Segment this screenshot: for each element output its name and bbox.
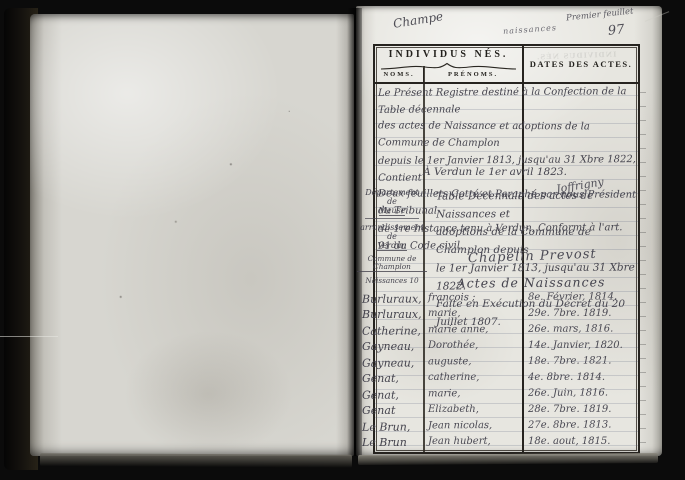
certification-line: Le Présent Registre destiné à la Confect… bbox=[378, 83, 636, 119]
record-row: Gayneau, Dorothée, 14e. Janvier, 1820. bbox=[356, 340, 650, 356]
page-block-edge-left bbox=[40, 453, 352, 468]
record-prenom: marie anne, bbox=[428, 324, 489, 335]
arrondissement-name: Verdun bbox=[377, 242, 406, 251]
individus-nes-label: INDIVIDUS NÉS. bbox=[375, 49, 522, 60]
naissances-count: Naissances 10 bbox=[357, 276, 427, 285]
page-number: 97 bbox=[607, 22, 625, 39]
record-date: 26e. Juin, 1816. bbox=[528, 387, 608, 398]
column-header-prenoms: PRÉNOMS. bbox=[424, 68, 522, 82]
record-prenom: Dorothée, bbox=[428, 340, 478, 351]
certification-dateline: À Verdun le 1er avril 1823. bbox=[420, 166, 570, 178]
record-nom: Gayneau, bbox=[362, 340, 414, 353]
margin-admin-block: Département de Meuse arrondissement de V… bbox=[357, 188, 427, 285]
record-nom: Le Brun, bbox=[362, 420, 410, 433]
record-date: 18e. aout, 1815. bbox=[528, 436, 610, 447]
record-row: Genat, marie, 26e. Juin, 1816. bbox=[356, 387, 650, 405]
record-row: Genat Elizabeth, 28e. 7bre. 1819. bbox=[356, 404, 650, 420]
record-date: 26e. mars, 1816. bbox=[528, 323, 613, 334]
subheader-row: NOMS. PRÉNOMS. bbox=[375, 68, 522, 82]
record-nom: Genat, bbox=[362, 389, 399, 402]
record-row: Burluraux, françois ; 8e. Février, 1814. bbox=[356, 291, 650, 309]
record-date: 28e. 7bre. 1819. bbox=[528, 404, 611, 415]
commune-name: Commune de Champlon bbox=[357, 255, 427, 272]
record-row: Gayneau, auguste, 18e. 7bre. 1821. bbox=[356, 355, 650, 373]
departement-label: Département bbox=[357, 188, 427, 197]
record-row: Le Brun Jean hubert, 18e. aout, 1815. bbox=[356, 436, 650, 452]
record-nom: Burluraux, bbox=[362, 308, 422, 321]
record-prenom: marie, bbox=[428, 308, 461, 319]
record-nom: Le Brun bbox=[362, 436, 407, 449]
record-prenom: françois ; bbox=[428, 292, 475, 303]
certification-line: des actes de Naissance et adoptions de l… bbox=[378, 117, 636, 152]
scanned-register-spread: Champe naissances Premier feuillet 97 IN… bbox=[0, 0, 685, 480]
arrondissement-de: de bbox=[357, 232, 427, 241]
header-individus-nes: INDIVIDUS NÉS. NOMS. PRÉNOMS. bbox=[375, 46, 522, 84]
decennale-line: Table Décennale des actes de Naissances … bbox=[436, 186, 636, 223]
arrondissement-label: arrondissement bbox=[357, 223, 427, 232]
record-prenom: auguste, bbox=[428, 356, 472, 367]
column-header-noms: NOMS. bbox=[375, 68, 424, 82]
record-row: Burluraux, marie, 29e. 7bre. 1819. bbox=[356, 308, 650, 324]
departement-de: de bbox=[357, 197, 427, 206]
birth-records-list: Burluraux, françois ; 8e. Février, 1814.… bbox=[356, 292, 650, 452]
record-nom: Burluraux, bbox=[362, 292, 422, 305]
record-date: 8e. Février, 1814. bbox=[528, 291, 617, 302]
margin-divider-flourish bbox=[365, 218, 419, 221]
blank-left-page bbox=[30, 14, 354, 456]
record-prenom: Jean hubert, bbox=[428, 436, 491, 447]
header-dates-des-actes: INDIVIDUS NÉS. DATES DES ACTES. bbox=[524, 46, 638, 84]
record-prenom: Jean nicolas, bbox=[428, 420, 492, 431]
record-date: 18e. 7bre. 1821. bbox=[528, 355, 612, 366]
record-nom: Gayneau, bbox=[362, 356, 414, 369]
record-prenom: catherine, bbox=[428, 372, 479, 383]
record-nom: Catherine, bbox=[362, 324, 421, 337]
record-date: 29e. 7bre. 1819. bbox=[528, 308, 611, 319]
page-block-edge-right bbox=[358, 453, 658, 465]
record-row: Le Brun, Jean nicolas, 27e. 8bre. 1813. bbox=[356, 419, 650, 437]
section-heading-actes-naissances: Actes de Naissances bbox=[450, 274, 612, 290]
record-prenom: marie, bbox=[428, 388, 461, 399]
scan-scratch-line bbox=[0, 336, 58, 337]
record-date: 27e. 8bre. 1813. bbox=[528, 419, 612, 430]
record-row: Genat, catherine, 4e. 8bre. 1814. bbox=[356, 372, 650, 388]
record-row: Catherine, marie anne, 26e. mars, 1816. bbox=[356, 323, 650, 341]
record-prenom: Elizabeth, bbox=[428, 404, 479, 415]
record-nom: Genat, bbox=[362, 372, 399, 385]
record-date: 4e. 8bre. 1814. bbox=[528, 372, 605, 383]
record-nom: Genat bbox=[362, 404, 395, 417]
departement-name: Meuse bbox=[379, 207, 406, 216]
record-date: 14e. Janvier, 1820. bbox=[528, 340, 623, 351]
